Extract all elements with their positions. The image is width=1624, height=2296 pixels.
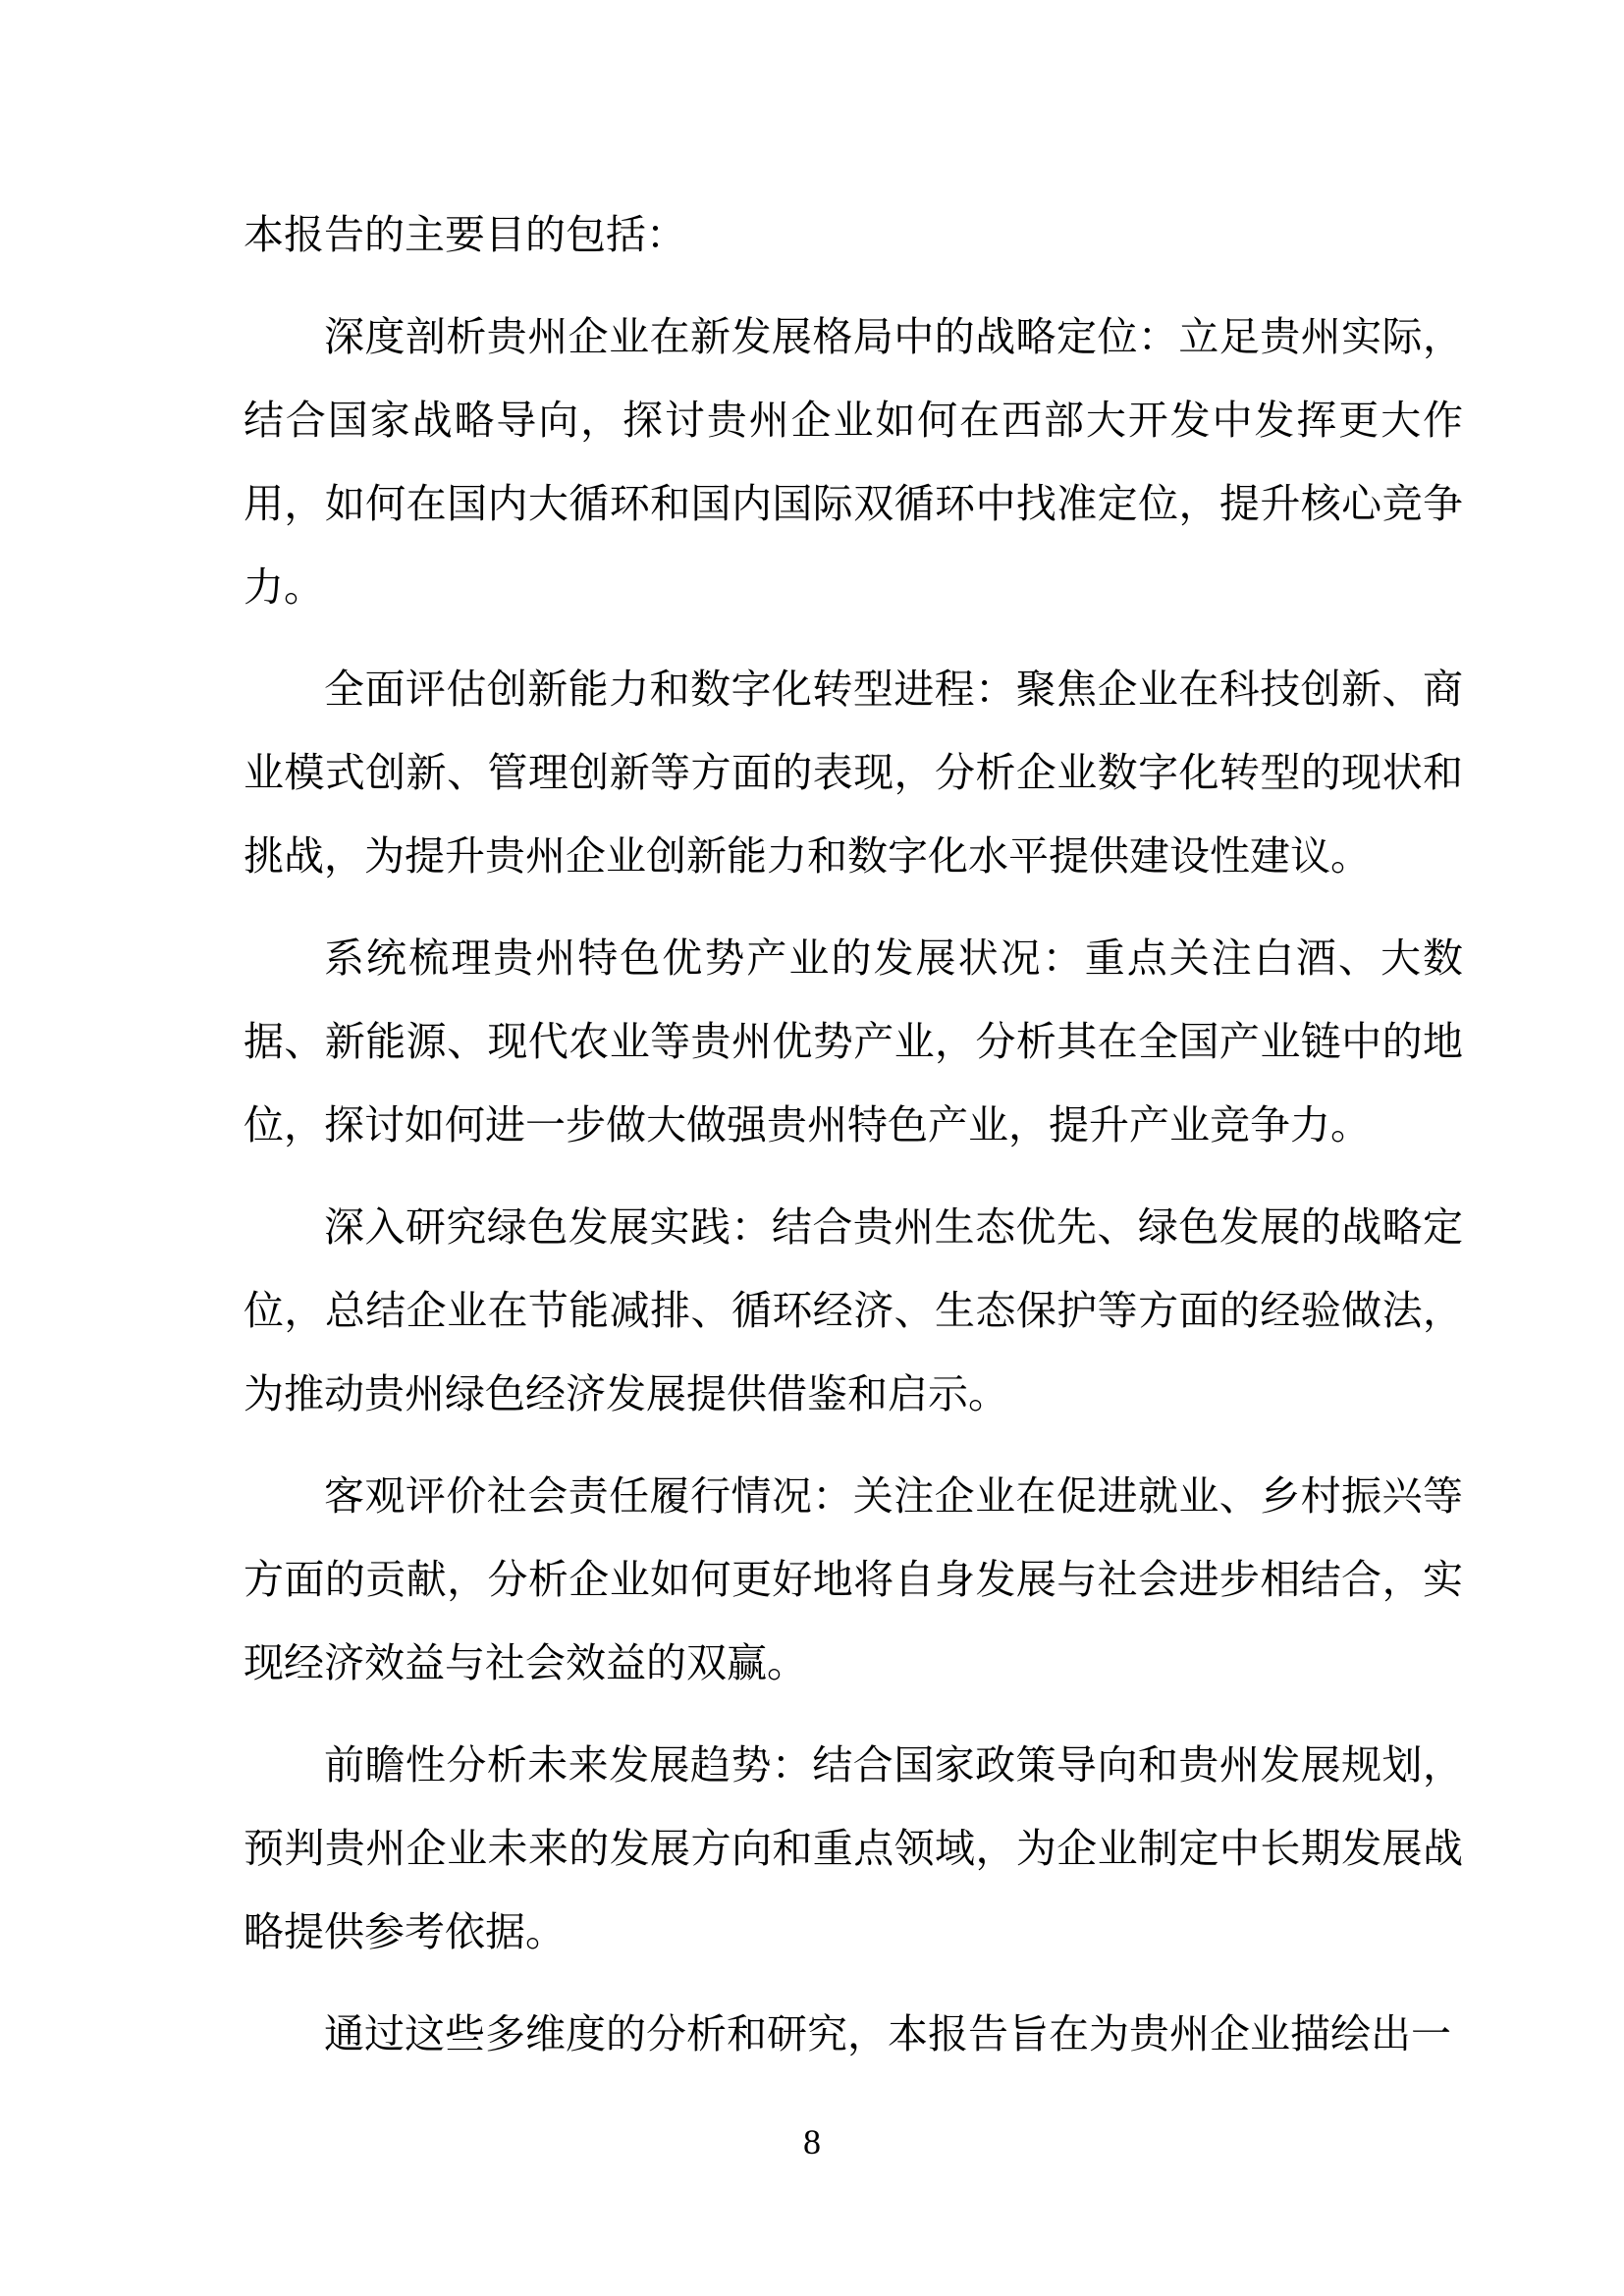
document-body: 本报告的主要目的包括： 深度剖析贵州企业在新发展格局中的战略定位：立足贵州实际，… [244,193,1463,2095]
body-paragraph-social-responsibility: 客观评价社会责任履行情况：关注企业在促进就业、乡村振兴等方面的贡献，分析企业如何… [244,1455,1463,1705]
body-paragraph-future-trends: 前瞻性分析未来发展趋势：结合国家政策导向和贵州发展规划，预判贵州企业未来的发展方… [244,1724,1463,1974]
body-paragraph-featured-industries: 系统梳理贵州特色优势产业的发展状况：重点关注白酒、大数据、新能源、现代农业等贵州… [244,917,1463,1167]
body-paragraph-summary: 通过这些多维度的分析和研究，本报告旨在为贵州企业描绘出一 [244,1993,1463,2076]
intro-paragraph: 本报告的主要目的包括： [244,193,1463,277]
page-number: 8 [803,2122,821,2162]
body-paragraph-green-development: 深入研究绿色发展实践：结合贵州生态优先、绿色发展的战略定位，总结企业在节能减排、… [244,1186,1463,1436]
document-page: 本报告的主要目的包括： 深度剖析贵州企业在新发展格局中的战略定位：立足贵州实际，… [0,0,1624,2296]
body-paragraph-strategic-position: 深度剖析贵州企业在新发展格局中的战略定位：立足贵州实际，结合国家战略导向，探讨贵… [244,295,1463,629]
body-paragraph-innovation-digital: 全面评估创新能力和数字化转型进程：聚焦企业在科技创新、商业模式创新、管理创新等方… [244,648,1463,898]
page-footer: 8 [0,2120,1624,2163]
